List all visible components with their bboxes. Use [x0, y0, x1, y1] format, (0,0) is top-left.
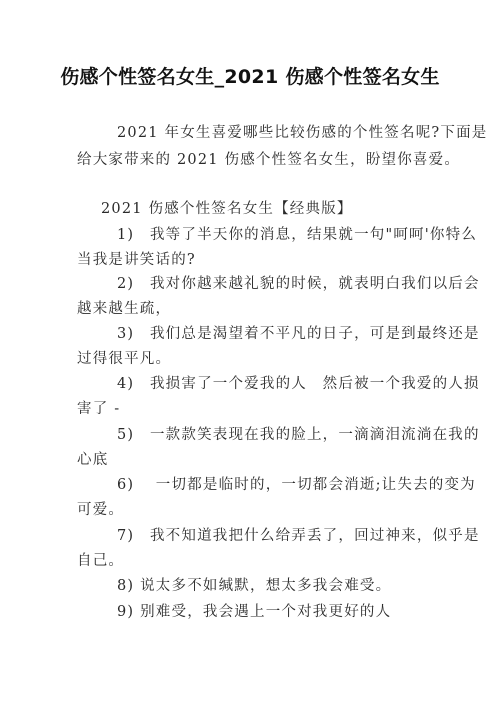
- item-7-line-1: 7) 我不知道我把什么给弄丢了，回过神来，似乎是: [117, 524, 480, 545]
- intro-line-1: 2021 年女生喜爱哪些比较伤感的个性签名呢?下面是: [117, 121, 487, 142]
- item-3-line-1: 3) 我们总是渴望着不平凡的日子，可是到最终还是: [117, 322, 480, 343]
- intro-line-2: 给大家带来的 2021 伤感个性签名女生，盼望你喜爱。: [77, 148, 460, 169]
- item-4-line-2: 害了 -: [77, 397, 120, 418]
- item-8-line-1: 8) 说太多不如缄默，想太多我会难受。: [117, 574, 391, 595]
- item-4-line-1: 4) 我损害了一个爱我的人 然后被一个我爱的人损: [117, 372, 480, 393]
- item-1-line-1: 1) 我等了半天你的消息，结果就一句"呵呵'你特么: [117, 223, 477, 244]
- section-heading: 2021 伤感个性签名女生【经典版】: [101, 197, 353, 218]
- item-9-line-1: 9) 别难受，我会遇上一个对我更好的人: [117, 600, 391, 621]
- document-title: 伤感个性签名女生_2021 伤感个性签名女生: [0, 62, 500, 89]
- item-5-line-1: 5) 一款款笑表现在我的脸上，一滴滴泪流淌在我的: [117, 423, 480, 444]
- item-2-line-1: 2) 我对你越来越礼貌的时候，就表明白我们以后会: [117, 272, 480, 293]
- item-1-line-2: 当我是讲笑话的?: [77, 248, 196, 269]
- item-2-line-2: 越来越生疏，: [77, 297, 171, 318]
- item-6-line-1: 6) 一切都是临时的，一切都会消逝;让失去的变为: [117, 473, 476, 494]
- item-5-line-2: 心底: [77, 448, 108, 469]
- item-6-line-2: 可爱。: [77, 498, 124, 519]
- item-7-line-2: 自己。: [77, 549, 124, 570]
- item-3-line-2: 过得很平凡。: [77, 347, 171, 368]
